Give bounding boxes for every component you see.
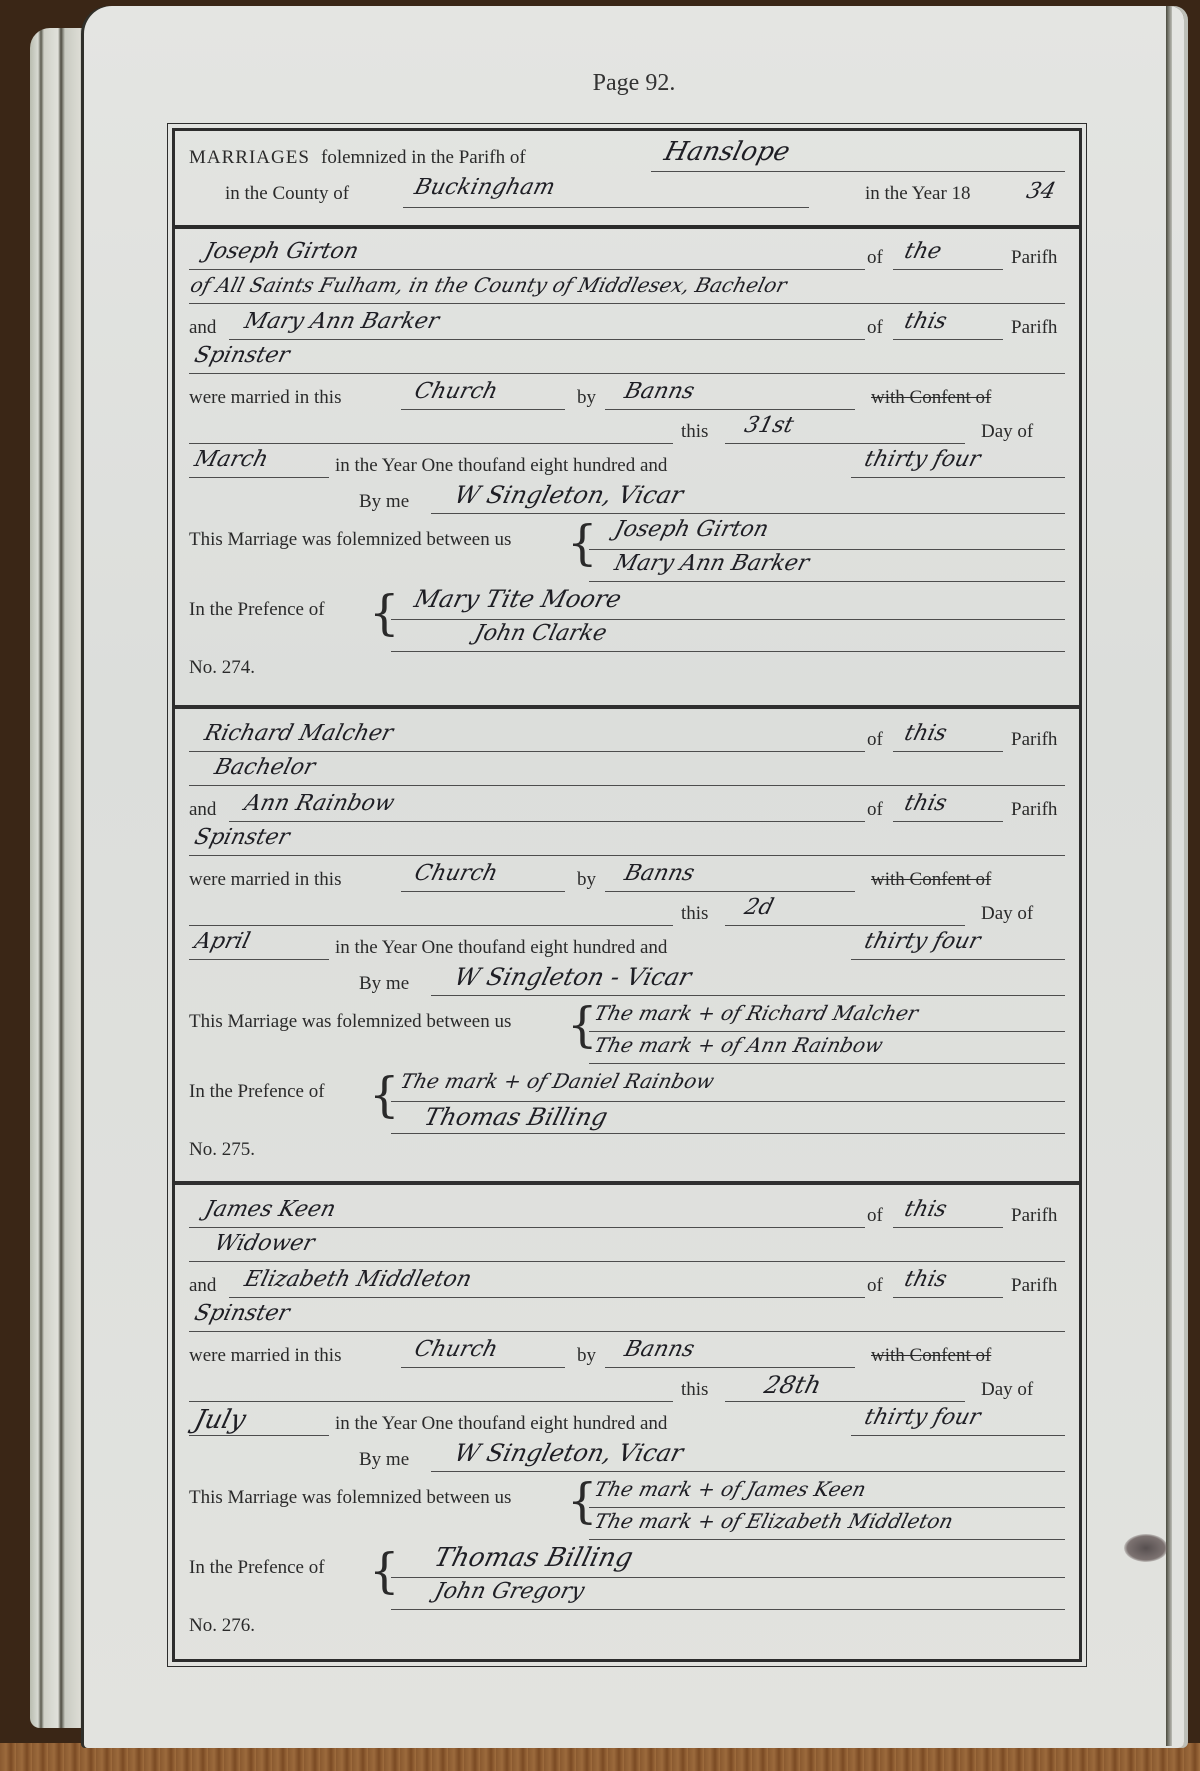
marriage-day: 31st bbox=[742, 413, 796, 438]
married-in-label: were married in this bbox=[189, 387, 341, 409]
consent-label: with Confent of bbox=[871, 1345, 991, 1367]
witness-2: Thomas Billing bbox=[422, 1103, 611, 1131]
marriage-place: Church bbox=[412, 861, 500, 886]
and-label: and bbox=[189, 317, 216, 339]
header-title-caps: MARRIAGES bbox=[189, 147, 310, 169]
presence-label: In the Prefence of bbox=[189, 1081, 325, 1103]
marriage-month: July bbox=[191, 1405, 249, 1435]
groom-name: Joseph Girton bbox=[202, 239, 361, 264]
parish-label: Parifh bbox=[1011, 1275, 1057, 1297]
by-me-label: By me bbox=[359, 973, 409, 995]
officiant-signature: W Singleton - Vicar bbox=[452, 963, 695, 991]
brace-icon: { bbox=[369, 589, 400, 637]
marriage-month: March bbox=[192, 447, 271, 472]
by-label: by bbox=[577, 1345, 596, 1367]
consent-label: with Confent of bbox=[871, 869, 991, 891]
bride-name: Elizabeth Middleton bbox=[242, 1267, 474, 1292]
parish-label: Parifh bbox=[1011, 799, 1057, 821]
party-signature-1: The mark + of James Keen bbox=[592, 1477, 869, 1501]
brace-icon: { bbox=[567, 519, 598, 567]
parish-label: Parifh bbox=[1011, 317, 1057, 339]
day-of-label: Day of bbox=[981, 903, 1033, 925]
marriage-method: Banns bbox=[622, 861, 697, 886]
parish-label: Parifh bbox=[1011, 247, 1057, 269]
by-me-label: By me bbox=[359, 491, 409, 513]
and-label: and bbox=[189, 1275, 216, 1297]
marriage-entry-276: James Keen of this Parifh Widower and El… bbox=[175, 1187, 1079, 1663]
marriage-entry-275: Richard Malcher of this Parifh Bachelor … bbox=[175, 711, 1079, 1187]
marriage-method: Banns bbox=[622, 1337, 697, 1362]
presence-label: In the Prefence of bbox=[189, 599, 325, 621]
bride-parish: this bbox=[902, 1267, 950, 1292]
witness-1: The mark + of Daniel Rainbow bbox=[398, 1069, 717, 1093]
bride-parish: this bbox=[902, 309, 950, 334]
and-label: and bbox=[189, 799, 216, 821]
year-words: thirty four bbox=[862, 929, 983, 954]
marriage-register-form: MARRIAGES folemnized in the Parifh of Ha… bbox=[172, 128, 1082, 1662]
marriage-place: Church bbox=[412, 1337, 500, 1362]
county-name: Buckingham bbox=[412, 175, 558, 200]
groom-name: Richard Malcher bbox=[202, 721, 396, 746]
day-of-label: Day of bbox=[981, 421, 1033, 443]
party-signature-1: Joseph Girton bbox=[612, 517, 771, 542]
entry-divider bbox=[175, 1181, 1079, 1185]
of-label: of bbox=[867, 1275, 883, 1297]
party-signature-2: The mark + of Elizabeth Middleton bbox=[592, 1509, 956, 1533]
by-label: by bbox=[577, 869, 596, 891]
by-me-label: By me bbox=[359, 1449, 409, 1471]
consent-label: with Confent of bbox=[871, 387, 991, 409]
of-label: of bbox=[867, 317, 883, 339]
this-label: this bbox=[681, 1379, 708, 1401]
marriage-entry-274: Joseph Girton of the Parifh of All Saint… bbox=[175, 229, 1079, 705]
in-year-label: in the Year One thoufand eight hundred a… bbox=[335, 1413, 667, 1435]
witness-1: Thomas Billing bbox=[431, 1543, 636, 1573]
of-label: of bbox=[867, 1205, 883, 1227]
groom-detail: Bachelor bbox=[212, 755, 318, 780]
brace-icon: { bbox=[567, 1001, 598, 1049]
officiant-signature: W Singleton, Vicar bbox=[452, 481, 687, 509]
parish-label: Parifh bbox=[1011, 729, 1057, 751]
entry-number: No. 276. bbox=[189, 1615, 255, 1637]
presence-label: In the Prefence of bbox=[189, 1557, 325, 1579]
solemnized-label: This Marriage was folemnized between us bbox=[189, 1011, 511, 1033]
bride-name: Ann Rainbow bbox=[242, 791, 397, 816]
in-year-label: in the Year One thoufand eight hundred a… bbox=[335, 455, 667, 477]
groom-detail: Widower bbox=[212, 1231, 317, 1256]
party-signature-1: The mark + of Richard Malcher bbox=[592, 1001, 921, 1025]
bride-status: Spinster bbox=[192, 825, 292, 850]
witness-2: John Clarke bbox=[472, 621, 609, 646]
bride-status: Spinster bbox=[192, 1301, 292, 1326]
brace-icon: { bbox=[369, 1071, 400, 1119]
brace-icon: { bbox=[369, 1547, 400, 1595]
parish-label: Parifh bbox=[1011, 1205, 1057, 1227]
year-label: in the Year 18 bbox=[865, 183, 971, 205]
marriage-month: April bbox=[192, 929, 253, 954]
married-in-label: were married in this bbox=[189, 1345, 341, 1367]
marriage-day: 2d bbox=[742, 895, 776, 920]
entry-number: No. 274. bbox=[189, 657, 255, 679]
entry-number: No. 275. bbox=[189, 1139, 255, 1161]
marriage-place: Church bbox=[412, 379, 500, 404]
brace-icon: { bbox=[567, 1477, 598, 1525]
solemnized-label: This Marriage was folemnized between us bbox=[189, 529, 511, 551]
register-header: MARRIAGES folemnized in the Parifh of Ha… bbox=[175, 131, 1079, 229]
bride-status: Spinster bbox=[192, 343, 292, 368]
bride-parish: this bbox=[902, 791, 950, 816]
this-label: this bbox=[681, 421, 708, 443]
of-label: of bbox=[867, 799, 883, 821]
day-of-label: Day of bbox=[981, 1379, 1033, 1401]
year-words: thirty four bbox=[862, 447, 983, 472]
of-label: of bbox=[867, 729, 883, 751]
page-right-edge bbox=[1166, 6, 1172, 1746]
groom-parish: the bbox=[902, 239, 944, 264]
groom-detail: of All Saints Fulham, in the County of M… bbox=[188, 273, 789, 297]
party-signature-2: The mark + of Ann Rainbow bbox=[592, 1033, 885, 1057]
witness-1: Mary Tite Moore bbox=[412, 585, 625, 613]
groom-parish: this bbox=[902, 1197, 950, 1222]
by-label: by bbox=[577, 387, 596, 409]
ink-smudge bbox=[1124, 1534, 1168, 1562]
groom-name: James Keen bbox=[202, 1197, 338, 1222]
year-words: thirty four bbox=[862, 1405, 983, 1430]
county-label: in the County of bbox=[225, 183, 349, 205]
party-signature-2: Mary Ann Barker bbox=[612, 551, 812, 576]
groom-parish: this bbox=[902, 721, 950, 746]
register-page: Page 92. MARRIAGES folemnized in the Par… bbox=[84, 6, 1184, 1748]
witness-2: John Gregory bbox=[432, 1579, 587, 1604]
officiant-signature: W Singleton, Vicar bbox=[452, 1439, 687, 1467]
bride-name: Mary Ann Barker bbox=[242, 309, 442, 334]
page-number: Page 92. bbox=[84, 70, 1184, 97]
entry-divider bbox=[175, 705, 1079, 709]
marriage-method: Banns bbox=[622, 379, 697, 404]
solemnized-label: This Marriage was folemnized between us bbox=[189, 1487, 511, 1509]
of-label: of bbox=[867, 247, 883, 269]
marriage-day: 28th bbox=[762, 1371, 825, 1399]
year-suffix: 34 bbox=[1024, 179, 1058, 204]
parish-name: Hanslope bbox=[661, 137, 793, 167]
in-year-label: in the Year One thoufand eight hundred a… bbox=[335, 937, 667, 959]
header-title-rest: folemnized in the Parifh of bbox=[321, 147, 526, 169]
married-in-label: were married in this bbox=[189, 869, 341, 891]
this-label: this bbox=[681, 903, 708, 925]
